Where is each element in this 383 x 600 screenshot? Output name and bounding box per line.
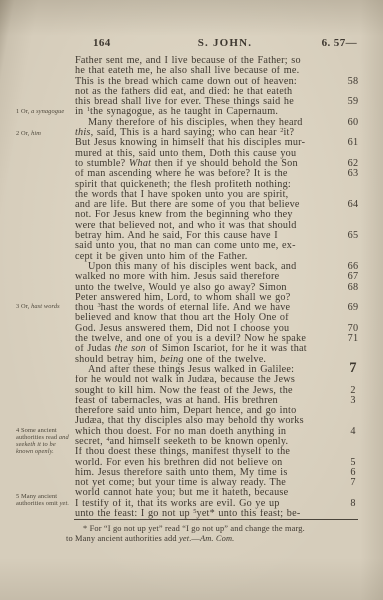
text-line: God. Jesus answered them, Did not I choo… [75,324,343,334]
text-segment: This is the bread which came down out of… [75,77,297,87]
text-segment: the twelve, and one of you is a devil? N… [75,334,306,344]
verse-number: 67 [343,272,363,282]
verse-number: 61 [343,138,363,148]
text-segment: unto the twelve, Would ye also go away? … [75,283,287,293]
text-segment: betray him. And he said, For this cause … [75,231,278,241]
text-segment: said unto you, that no man can come unto… [75,241,296,251]
text-line: Peter answered him, Lord, to whom shall … [75,293,343,303]
text-segment: feast of tabernacles, was at hand. His b… [75,396,278,406]
text-line-content: to stumble? What then if ye should behol… [75,159,298,169]
text-segment: not as the fathers did eat, and died: he… [75,87,292,97]
text-segment: world cannot hate you; but me it hateth,… [75,488,288,498]
margin-note: 5 Many ancient authorities omit yet. [16,493,71,507]
text-line: said unto you, that no man can come unto… [75,241,343,251]
text-line: him. Jesus therefore saith unto them, My… [75,468,343,478]
text-segment: him. Jesus therefore saith unto them, My… [75,468,288,478]
text-line-content: of Judas the son of Simon Iscariot, for … [75,344,307,354]
text-segment: Judæa, that thy disciples also may behol… [75,416,304,426]
text-line: unto the feast: I go not up 5yet* unto t… [75,509,343,519]
text-segment: Upon this many of his disciples went bac… [88,262,296,272]
text-line-content: believed and know that thou art the Holy… [75,313,289,323]
text-line: Father sent me, and I live because of th… [75,56,343,66]
text-segment: And after these things Jesus walked in G… [88,365,294,375]
text-line: he that eateth me, he also shall live be… [75,66,343,76]
text-segment: not yet come; but your time is alway rea… [75,478,286,488]
text-line-content: should betray him, being one of the twel… [75,355,266,365]
text-line: world. For even his brethren did not bel… [75,458,343,468]
text-segment: for he would not walk in Judæa, because … [75,375,295,385]
text-line: spirit that quickeneth; the flesh profit… [75,180,343,190]
chapter-verse-ref: 6. 57— [287,37,357,49]
text-line-content: of man ascending where he was before? It… [75,169,288,179]
text-segment: the words that I have spoken unto you ar… [75,190,288,200]
verse-number: 3 [343,396,363,406]
text-line: not yet come; but your time is alway rea… [75,478,343,488]
text-segment: , said, This is a hard saying; who can h… [91,128,281,138]
footnote-separator [74,519,358,520]
text-segment: of Simon Iscariot, for he it was that [146,344,307,354]
text-segment: and himself seeketh to be known openly. [110,437,289,447]
text-segment: mured at this, said unto them, Doth this… [75,149,296,159]
text-line: not as the fathers did eat, and died: he… [75,87,343,97]
text-line: If thou doest these things, manifest thy… [75,447,343,457]
text-line-content: Father sent me, and I live because of th… [75,56,301,66]
text-segment: of man ascending where he was before? It… [75,169,288,179]
text-line-content: in 1the synagogue, as he taught in Caper… [75,107,278,117]
text-segment: But Jesus knowing in himself that his di… [75,138,305,148]
text-segment: Peter answered him, Lord, to whom shall … [75,293,290,303]
text-segment: secret, [75,437,106,447]
text-line: for he would not walk in Judæa, because … [75,375,343,385]
text-segment: Many therefore of his disciples, when th… [88,118,303,128]
text-segment: hast the words of eternal life. And we h… [101,303,291,313]
text-segment: 4 Some ancient authorities read [16,427,59,441]
text-segment: him [31,130,41,137]
text-line-content: sought to kill him. Now the feast of the… [75,386,293,396]
text-segment: of Judas [75,344,115,354]
text-segment: yet. [60,500,69,507]
text-line: not. For Jesus knew from the beginning w… [75,210,343,220]
margin-note: 3 Or, hast words [16,303,71,310]
verse-number: 71 [343,334,363,344]
text-line: this bread shall live for ever. These th… [75,97,343,107]
text-segment: yet [179,534,189,543]
text-line: in 1the synagogue, as he taught in Caper… [75,107,343,117]
text-line-content: the words that I have spoken unto you ar… [75,190,288,200]
text-line: secret, 4and himself seeketh to be known… [75,437,343,447]
footnote-line: * For “I go not up yet” read “I go not u… [66,524,360,534]
text-segment: If thou doest these things, manifest thy… [75,447,290,457]
book-page: 164 S. JOHN. 6. 57— 1 Or, a synagogue2 O… [0,0,383,600]
text-line-content: This is the bread which came down out of… [75,77,297,87]
text-segment: therefore said unto him, Depart hence, a… [75,406,296,416]
text-line: which thou doest. For no man doeth anyth… [75,427,343,437]
verse-number: 63 [343,169,363,179]
verse-number: 4 [343,427,363,437]
text-line: should betray him, being one of the twel… [75,355,343,365]
text-line-content: betray him. And he said, For this cause … [75,231,278,241]
text-line: But Jesus knowing in himself that his di… [75,138,343,148]
text-line-content: mured at this, said unto them, Doth this… [75,149,296,159]
footnote: * For “I go not up yet” read “I go not u… [66,524,360,545]
text-line-content: unto the feast: I go not up 5yet* unto t… [75,509,300,519]
text-line-content: If thou doest these things, manifest thy… [75,447,290,457]
text-line-content: for he would not walk in Judæa, because … [75,375,295,385]
text-line: And after these things Jesus walked in G… [75,365,343,375]
text-segment: Am. Com. [200,534,234,543]
text-segment: this bread shall live for ever. These th… [75,97,294,107]
text-segment: 1 Or, [16,108,31,115]
text-line-content: therefore said unto him, Depart hence, a… [75,406,296,416]
text-line: betray him. And he said, For this cause … [75,231,343,241]
text-line: the words that I have spoken unto you ar… [75,190,343,200]
text-line: I testify of it, that its works are evil… [75,499,343,509]
text-line-content: the twelve, and one of you is a devil? N… [75,334,306,344]
text-line-content: not as the fathers did eat, and died: he… [75,87,292,97]
verse-number: 68 [343,283,363,293]
text-segment: I testify of it, that its works are evil… [75,499,280,509]
text-line: were that believed not, and who it was t… [75,221,343,231]
text-segment: What [129,159,151,169]
text-line: believed and know that thou art the Holy… [75,313,343,323]
text-line-content: But Jesus knowing in himself that his di… [75,138,305,148]
text-line: to stumble? What then if ye should behol… [75,159,343,169]
text-segment: walked no more with him. Jesus said ther… [75,272,279,282]
text-segment: and are life. But there are some of you … [75,200,300,210]
text-line-content: said unto you, that no man can come unto… [75,241,296,251]
text-segment: one of the twelve. [184,355,267,365]
margin-reference-mark: 3 [97,303,100,309]
text-line-content: thou 3hast the words of eternal life. An… [75,303,290,313]
text-segment: he that eateth me, he also shall live be… [75,66,299,76]
text-segment: the son [115,344,146,354]
text-line-content: he that eateth me, he also shall live be… [75,66,299,76]
text-segment: hast words [31,303,60,310]
text-line: of man ascending where he was before? It… [75,169,343,179]
text-segment: to Many ancient authorities add [66,534,179,543]
margin-note: 2 Or, him [16,130,71,137]
text-line-content: Judæa, that thy disciples also may behol… [75,416,304,426]
text-segment: not. For Jesus knew from the beginning w… [75,210,293,220]
text-line: cept it be given unto him of the Father. [75,252,343,262]
margin-note: 1 Or, a synagogue [16,108,71,115]
verse-number: 8 [343,499,363,509]
text-line: Judæa, that thy disciples also may behol… [75,416,343,426]
margin-reference-mark: 4 [106,437,109,443]
text-line: thou 3hast the words of eternal life. An… [75,303,343,313]
text-line: Many therefore of his disciples, when th… [75,118,343,128]
text-line-content: world. For even his brethren did not bel… [75,458,282,468]
text-line-content: secret, 4and himself seeketh to be known… [75,437,288,447]
text-line-content: this, said, This is a hard saying; who c… [75,128,294,138]
verse-number: 69 [343,303,363,313]
text-line-content: were that believed not, and who it was t… [75,221,297,231]
text-line-content: Peter answered him, Lord, to whom shall … [75,293,290,303]
text-segment: in [75,107,87,117]
text-segment: * For “I go not up yet” read “I go not u… [83,524,305,533]
text-line-content: unto the twelve, Would ye also go away? … [75,283,287,293]
text-segment: unto the feast: I go not up [75,509,193,519]
text-segment: 2 Or, [16,130,31,137]
text-line-content: Upon this many of his disciples went bac… [75,262,296,272]
text-segment: a synagogue [31,108,64,115]
text-line-content: world cannot hate you; but me it hateth,… [75,488,288,498]
text-segment: God. Jesus answered them, Did not I choo… [75,324,289,334]
text-segment: yet* unto this feast; be- [197,509,301,519]
text-line: unto the twelve, Would ye also go away? … [75,283,343,293]
text-segment: Father sent me, and I live because of th… [75,56,301,66]
text-line: walked no more with him. Jesus said ther… [75,272,343,282]
verse-number: 59 [343,97,363,107]
text-line-content: I testify of it, that its works are evil… [75,499,280,509]
text-segment: then if ye should behold the Son [151,159,298,169]
text-segment: were that believed not, and who it was t… [75,221,297,231]
text-segment: spirit that quickeneth; the flesh profit… [75,180,291,190]
text-line-content: not. For Jesus knew from the beginning w… [75,210,293,220]
page-number: 164 [75,37,163,49]
page-header: 164 S. JOHN. 6. 57— [75,37,357,49]
margin-reference-mark: 1 [87,107,90,113]
text-segment: thou [75,303,97,313]
scripture-text-block: Father sent me, and I live because of th… [75,56,343,519]
text-segment: it? [283,128,294,138]
text-segment: should betray him, [75,355,160,365]
text-line: this, said, This is a hard saying; who c… [75,128,343,138]
text-line-content: God. Jesus answered them, Did not I choo… [75,324,289,334]
verse-number: 58 [343,77,363,87]
text-line: world cannot hate you; but me it hateth,… [75,488,343,498]
verse-number: 65 [343,231,363,241]
text-line: Upon this many of his disciples went bac… [75,262,343,272]
text-segment: this [75,128,91,138]
text-segment: being [160,355,184,365]
verse-number: 7 [343,478,363,488]
text-segment: .— [189,534,200,543]
margin-reference-mark: 2 [280,128,283,134]
chapter-number: 7 [343,363,363,373]
text-line: of Judas the son of Simon Iscariot, for … [75,344,343,354]
text-line-content: feast of tabernacles, was at hand. His b… [75,396,278,406]
margin-reference-mark: 5 [193,509,196,515]
text-line-content: And after these things Jesus walked in G… [75,365,294,375]
verse-number: 64 [343,200,363,210]
text-line-content: and are life. But there are some of you … [75,200,300,210]
text-line-content: this bread shall live for ever. These th… [75,97,294,107]
text-segment: to stumble? [75,159,129,169]
running-title: S. JOHN. [163,37,287,49]
text-line-content: cept it be given unto him of the Father. [75,252,248,262]
text-line-content: which thou doest. For no man doeth anyth… [75,427,286,437]
text-line: sought to kill him. Now the feast of the… [75,386,343,396]
footnote-line: to Many ancient authorities add yet.—Am.… [66,534,360,544]
text-line: This is the bread which came down out of… [75,77,343,87]
text-line-content: him. Jesus therefore saith unto them, My… [75,468,288,478]
text-line-content: not yet come; but your time is alway rea… [75,478,286,488]
text-segment: which thou doest. For no man doeth anyth… [75,427,286,437]
text-line: the twelve, and one of you is a devil? N… [75,334,343,344]
text-line: and are life. But there are some of you … [75,200,343,210]
text-line: therefore said unto him, Depart hence, a… [75,406,343,416]
text-segment: sought to kill him. Now the feast of the… [75,386,293,396]
text-segment: the synagogue, as he taught in Capernaum… [90,107,278,117]
text-segment: believed and know that thou art the Holy… [75,313,289,323]
text-line: feast of tabernacles, was at hand. His b… [75,396,343,406]
text-segment: cept it be given unto him of the Father. [75,252,248,262]
text-line-content: walked no more with him. Jesus said ther… [75,272,279,282]
text-line: mured at this, said unto them, Doth this… [75,149,343,159]
text-segment: 5 Many ancient authorities omit [16,493,60,507]
text-line-content: spirit that quickeneth; the flesh profit… [75,180,291,190]
margin-note: 4 Some ancient authorities read and seek… [16,427,71,455]
verse-number: 60 [343,118,363,128]
text-line-content: Many therefore of his disciples, when th… [75,118,303,128]
text-segment: world. For even his brethren did not bel… [75,458,282,468]
text-segment: 3 Or, [16,303,31,310]
